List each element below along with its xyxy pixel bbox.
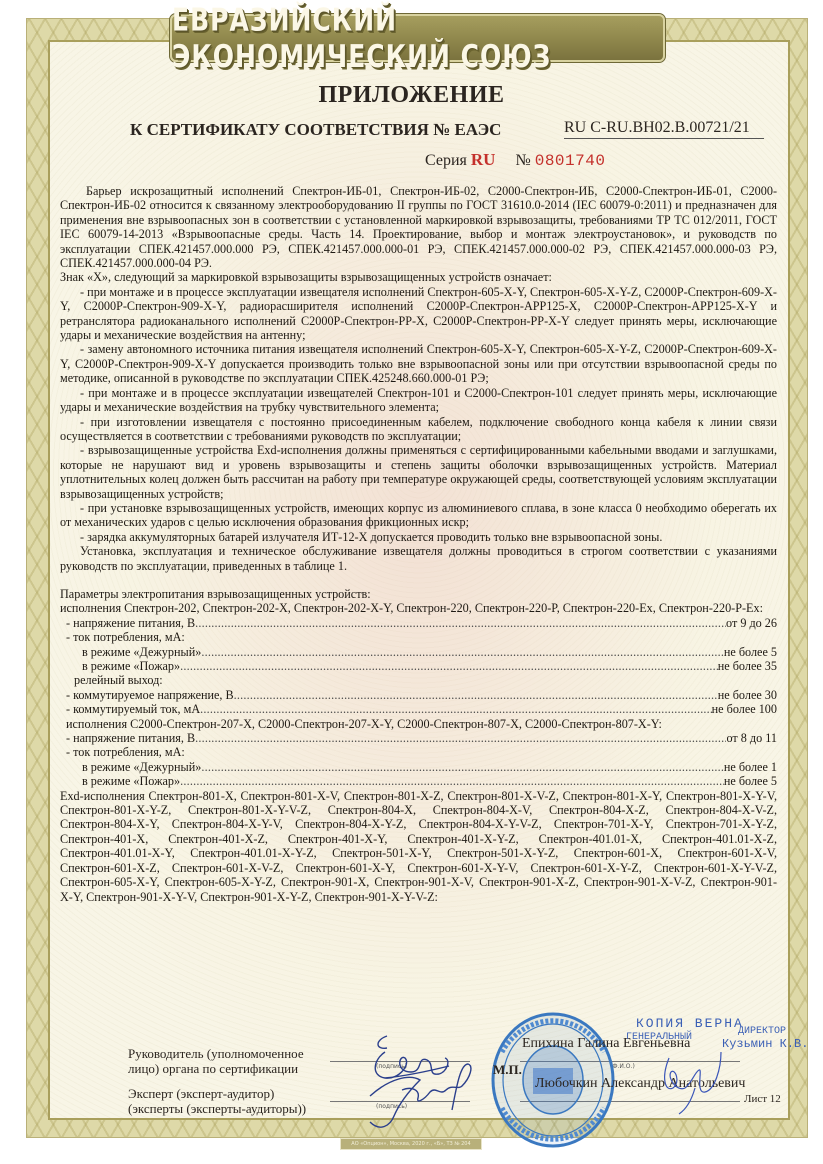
- param-row: - напряжение питания, Вот 9 до 26: [60, 616, 777, 630]
- banner-text: ЕВРАЗИЙСКИЙ ЭКОНОМИЧЕСКИЙ СОЮЗ: [172, 2, 663, 75]
- param-row: - коммутируемый ток, мАне более 100: [60, 702, 777, 716]
- x-mark-item: - при монтаже и в процессе эксплуатации …: [60, 386, 777, 415]
- document-title: ПРИЛОЖЕНИЕ: [0, 82, 823, 109]
- param-row: - коммутируемое напряжение, Вне более 30: [60, 688, 777, 702]
- eaeu-banner: ЕВРАЗИЙСКИЙ ЭКОНОМИЧЕСКИЙ СОЮЗ: [170, 14, 665, 62]
- group2-models: исполнения С2000-Спектрон-207-X, С2000-С…: [60, 717, 777, 731]
- series-value: RU: [471, 150, 496, 169]
- x-mark-item: - при монтаже и в процессе эксплуатации …: [60, 285, 777, 343]
- param-row: в режиме «Дежурный»не более 1: [60, 760, 777, 774]
- blank-number: 0801740: [535, 152, 606, 170]
- param-heading: - ток потребления, мА:: [60, 630, 777, 644]
- x-mark-item: - при изготовлении извещателя с постоянн…: [60, 415, 777, 444]
- certificate-label: К СЕРТИФИКАТУ СООТВЕТСТВИЯ № ЕАЭС: [130, 120, 501, 140]
- printer-imprint: АО «Опцион», Москва, 2020 г., «Б», ТЗ № …: [340, 1138, 482, 1150]
- param-row: в режиме «Пожар»не более 5: [60, 774, 777, 788]
- series-label: Серия: [425, 152, 467, 169]
- x-mark-item: - зарядка аккумуляторных батарей излучат…: [60, 530, 777, 544]
- installation-note: Установка, эксплуатация и техническое об…: [60, 544, 777, 573]
- certificate-number: RU C-RU.BH02.B.00721/21: [564, 119, 764, 139]
- x-mark-item: - при установке взрывозащищенных устройс…: [60, 501, 777, 530]
- series-line: Серия RU № 0801740: [425, 150, 605, 170]
- param-row: в режиме «Дежурный»не более 5: [60, 645, 777, 659]
- power-heading: Параметры электропитания взрывозащищенны…: [60, 587, 777, 601]
- x-mark-item: - замену автономного источника питания и…: [60, 342, 777, 385]
- x-mark-intro: Знак «Х», следующий за маркировкой взрыв…: [60, 270, 777, 284]
- number-label: №: [515, 152, 530, 169]
- x-mark-item: - взрывозащищенные устройства Exd-исполн…: [60, 443, 777, 501]
- param-row: - напряжение питания, Вот 8 до 11: [60, 731, 777, 745]
- group1-models: исполнения Спектрон-202, Спектрон-202-X,…: [60, 601, 777, 615]
- param-heading: релейный выход:: [60, 673, 777, 687]
- intro-paragraph: Барьер искрозащитный исполнений Спектрон…: [60, 184, 777, 270]
- document-body: Барьер искрозащитный исполнений Спектрон…: [60, 184, 777, 904]
- exd-models: Exd-исполнения Спектрон-801-X, Спектрон-…: [60, 789, 777, 904]
- param-heading: - ток потребления, мА:: [60, 745, 777, 759]
- param-row: в режиме «Пожар»не более 35: [60, 659, 777, 673]
